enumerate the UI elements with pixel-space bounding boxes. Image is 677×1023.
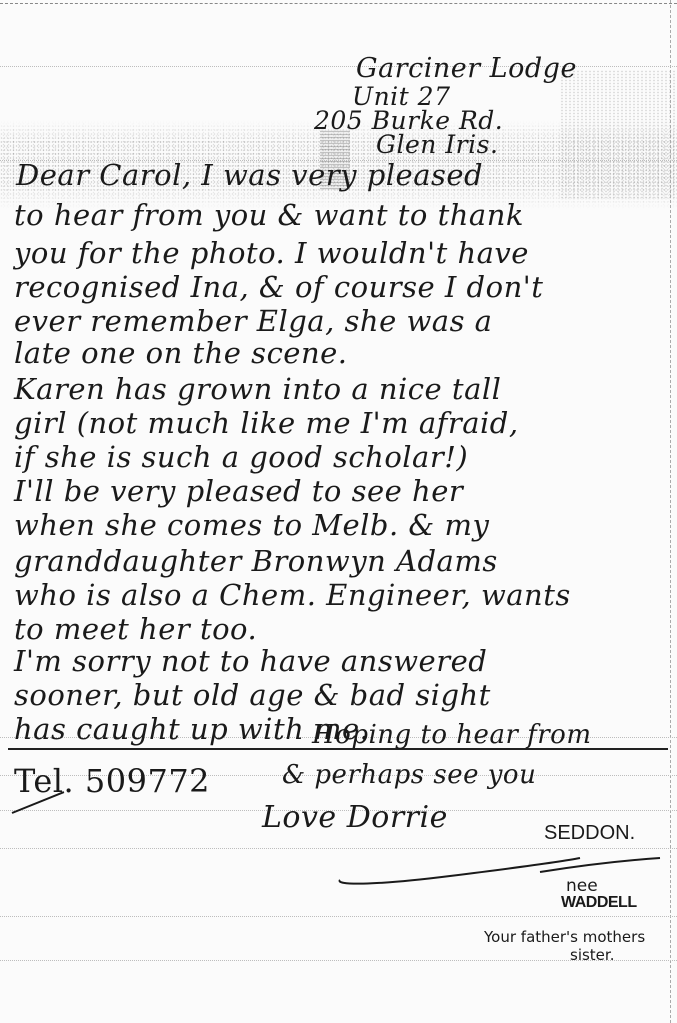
body-line: recognised Ina, & of course I don't — [14, 272, 543, 302]
maiden-name: WADDELL — [561, 894, 637, 912]
ruled-line — [0, 916, 677, 917]
body-line: sooner, but old age & bad sight — [14, 680, 491, 710]
address-line: Glen Iris. — [376, 132, 498, 157]
body-line: if she is such a good scholar!) — [14, 442, 468, 472]
closing-line: Hoping to hear from — [312, 720, 592, 750]
relation-note-line: Your father's mothers — [484, 928, 645, 946]
body-line: Karen has grown into a nice tall — [14, 374, 501, 404]
signature: Love Dorrie — [262, 800, 448, 835]
page-top-edge — [0, 3, 677, 4]
body-line: to meet her too. — [14, 614, 257, 644]
nee-label: nee — [566, 876, 598, 896]
body-line: ever remember Elga, she was a — [14, 306, 492, 336]
body-line: to hear from you & want to thank — [14, 200, 524, 230]
letter-page: Garciner Lodge Unit 27 205 Burke Rd. Gle… — [0, 0, 677, 1023]
body-line: you for the photo. I wouldn't have — [14, 238, 529, 268]
page-right-edge — [670, 0, 671, 1023]
body-line: granddaughter Bronwyn Adams — [14, 546, 498, 576]
body-line: who is also a Chem. Engineer, wants — [14, 580, 571, 610]
body-line: I'll be very pleased to see her — [14, 476, 463, 506]
surname-annotation: SEDDON. — [544, 822, 635, 845]
body-line: Dear Carol, I was very pleased — [16, 160, 483, 190]
body-line: I'm sorry not to have answered — [14, 646, 487, 676]
closing-line: & perhaps see you — [282, 760, 536, 790]
photocopy-noise-right — [560, 70, 677, 200]
body-line: late one on the scene. — [14, 338, 348, 368]
ruled-line — [0, 848, 677, 849]
body-line: girl (not much like me I'm afraid, — [14, 408, 519, 438]
telephone-number: Tel. 509772 — [14, 762, 210, 800]
body-line: when she comes to Melb. & my — [14, 510, 489, 540]
relation-note-line: sister. — [570, 946, 614, 964]
annotation-connector-line — [330, 850, 670, 890]
address-line: Garciner Lodge — [356, 56, 577, 81]
